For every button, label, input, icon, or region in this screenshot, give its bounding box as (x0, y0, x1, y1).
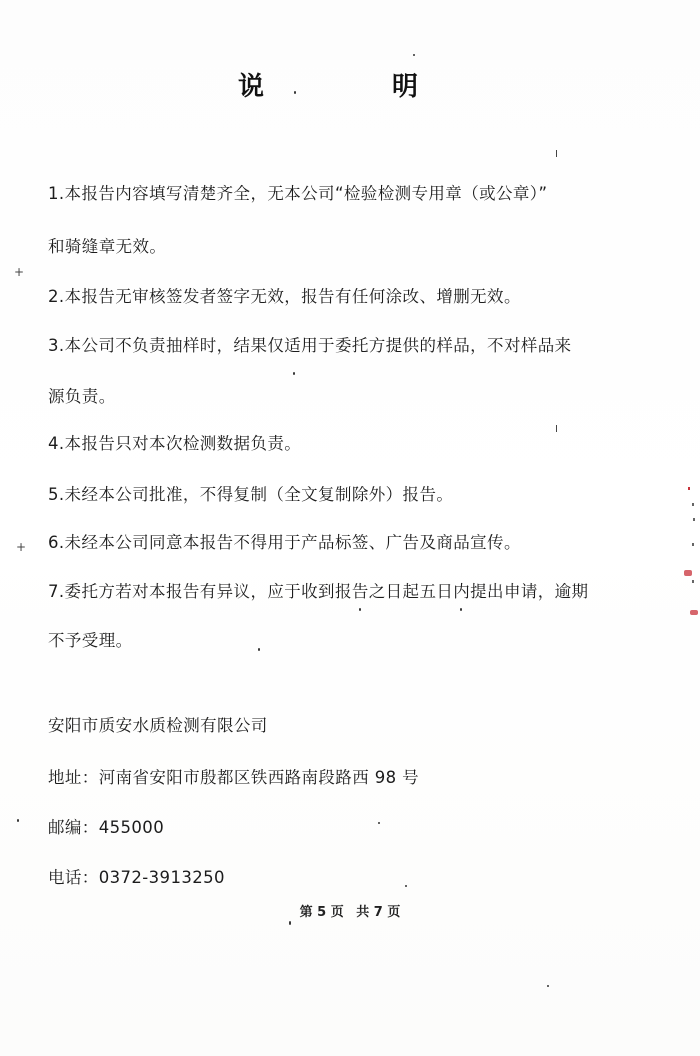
scan-tick (556, 425, 557, 432)
scan-mark: + (14, 265, 24, 279)
scan-speck (294, 91, 296, 94)
scan-speck (405, 885, 407, 887)
scan-speck (547, 985, 549, 987)
scan-speck (460, 608, 462, 611)
company-postcode: 邮编：455000 (48, 814, 164, 838)
company-name: 安阳市质安水质检测有限公司 (48, 712, 268, 736)
scan-speck (413, 54, 415, 56)
title-char-1: 说 (238, 66, 264, 103)
item-6: 6.未经本公司同意本报告不得用于产品标签、广告及商品宣传。 (48, 529, 521, 553)
total-pages: 共 7 页 (356, 905, 400, 920)
seal-fragment (692, 543, 694, 546)
item-1-line-1: 1.本报告内容填写清楚齐全，无本公司“检验检测专用章（或公章）” (48, 180, 547, 204)
scan-speck (359, 608, 361, 611)
scan-speck (378, 822, 380, 824)
page-number: 第 5 页 共 7 页 (0, 901, 700, 920)
item-2: 2.本报告无审核签发者签字无效，报告有任何涂改、增删无效。 (48, 283, 521, 307)
seal-fragment (693, 518, 695, 521)
item-4: 4.本报告只对本次检测数据负责。 (48, 430, 301, 454)
scan-speck (258, 648, 260, 651)
item-3-line-2: 源负责。 (48, 383, 116, 407)
item-5: 5.未经本公司批准，不得复制（全文复制除外）报告。 (48, 481, 453, 505)
document-page: 说 明 1.本报告内容填写清楚齐全，无本公司“检验检测专用章（或公章）” 和骑缝… (0, 0, 700, 1056)
scan-mark: + (16, 540, 26, 554)
seal-fragment (692, 503, 694, 506)
company-address: 地址：河南省安阳市殷都区铁西路南段路西 98 号 (48, 764, 419, 788)
seal-fragment (692, 580, 694, 583)
item-7-line-2: 不予受理。 (48, 627, 133, 651)
seal-fragment (688, 487, 690, 490)
current-page: 第 5 页 (300, 905, 344, 920)
scan-speck (293, 372, 295, 375)
scan-speck (289, 921, 291, 925)
title-char-2: 明 (392, 66, 418, 103)
page-title: 说 明 (0, 66, 700, 106)
seal-fragment (684, 570, 692, 576)
item-1-line-2: 和骑缝章无效。 (48, 233, 166, 257)
item-7-line-1: 7.委托方若对本报告有异议，应于收到报告之日起五日内提出申请，逾期 (48, 578, 588, 602)
scan-speck (17, 819, 19, 822)
company-phone: 电话：0372-3913250 (48, 864, 225, 888)
scan-tick (556, 150, 557, 157)
seal-fragment (690, 610, 698, 615)
item-3-line-1: 3.本公司不负责抽样时，结果仅适用于委托方提供的样品，不对样品来 (48, 332, 572, 356)
